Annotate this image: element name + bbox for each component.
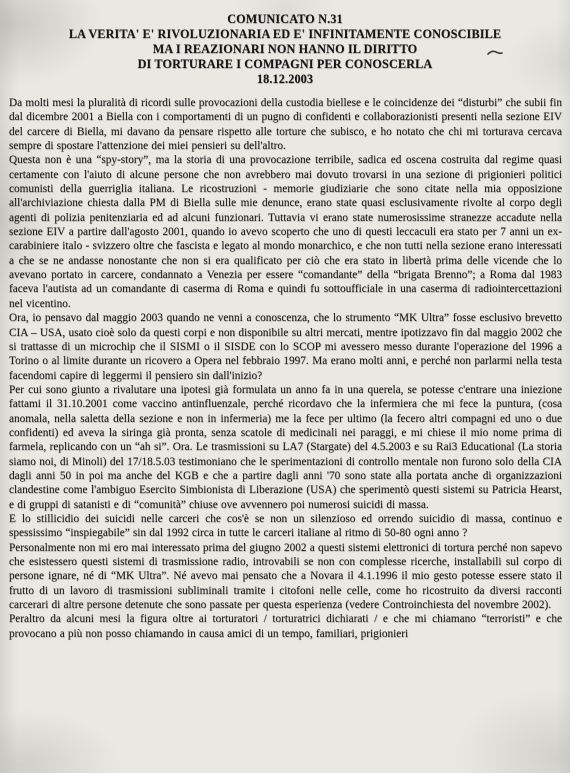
- document-title-line: COMUNICATO N.31: [0, 12, 570, 27]
- document-header: COMUNICATO N.31 LA VERITA' E' RIVOLUZION…: [0, 0, 570, 87]
- document-body: Da molti mesi la pluralità di ricordi su…: [0, 87, 570, 641]
- paragraph: Questa non è una “spy-story”, ma la stor…: [9, 153, 562, 311]
- document-title-line: LA VERITA' E' RIVOLUZIONARIA ED E' INFIN…: [0, 27, 570, 42]
- paragraph: Per cui sono giunto a rivalutare una ipo…: [9, 383, 562, 512]
- paragraph: Ora, io pensavo dal maggio 2003 quando n…: [9, 311, 562, 383]
- document-date: 18.12.2003: [0, 72, 570, 87]
- paragraph: Da molti mesi la pluralità di ricordi su…: [9, 96, 562, 153]
- paragraph: Peraltro da alcuni mesi la figura oltre …: [9, 612, 562, 641]
- document-title-line: MA I REAZIONARI NON HANNO IL DIRITTO: [0, 42, 570, 57]
- document-title-line: DI TORTURARE I COMPAGNI PER CONOSCERLA: [0, 57, 570, 72]
- paragraph: E lo stillicidio dei suicidi nelle carce…: [9, 512, 562, 541]
- paragraph: Personalmente non mi ero mai interessato…: [9, 541, 562, 613]
- scanned-document-page: COMUNICATO N.31 LA VERITA' E' RIVOLUZION…: [0, 0, 570, 773]
